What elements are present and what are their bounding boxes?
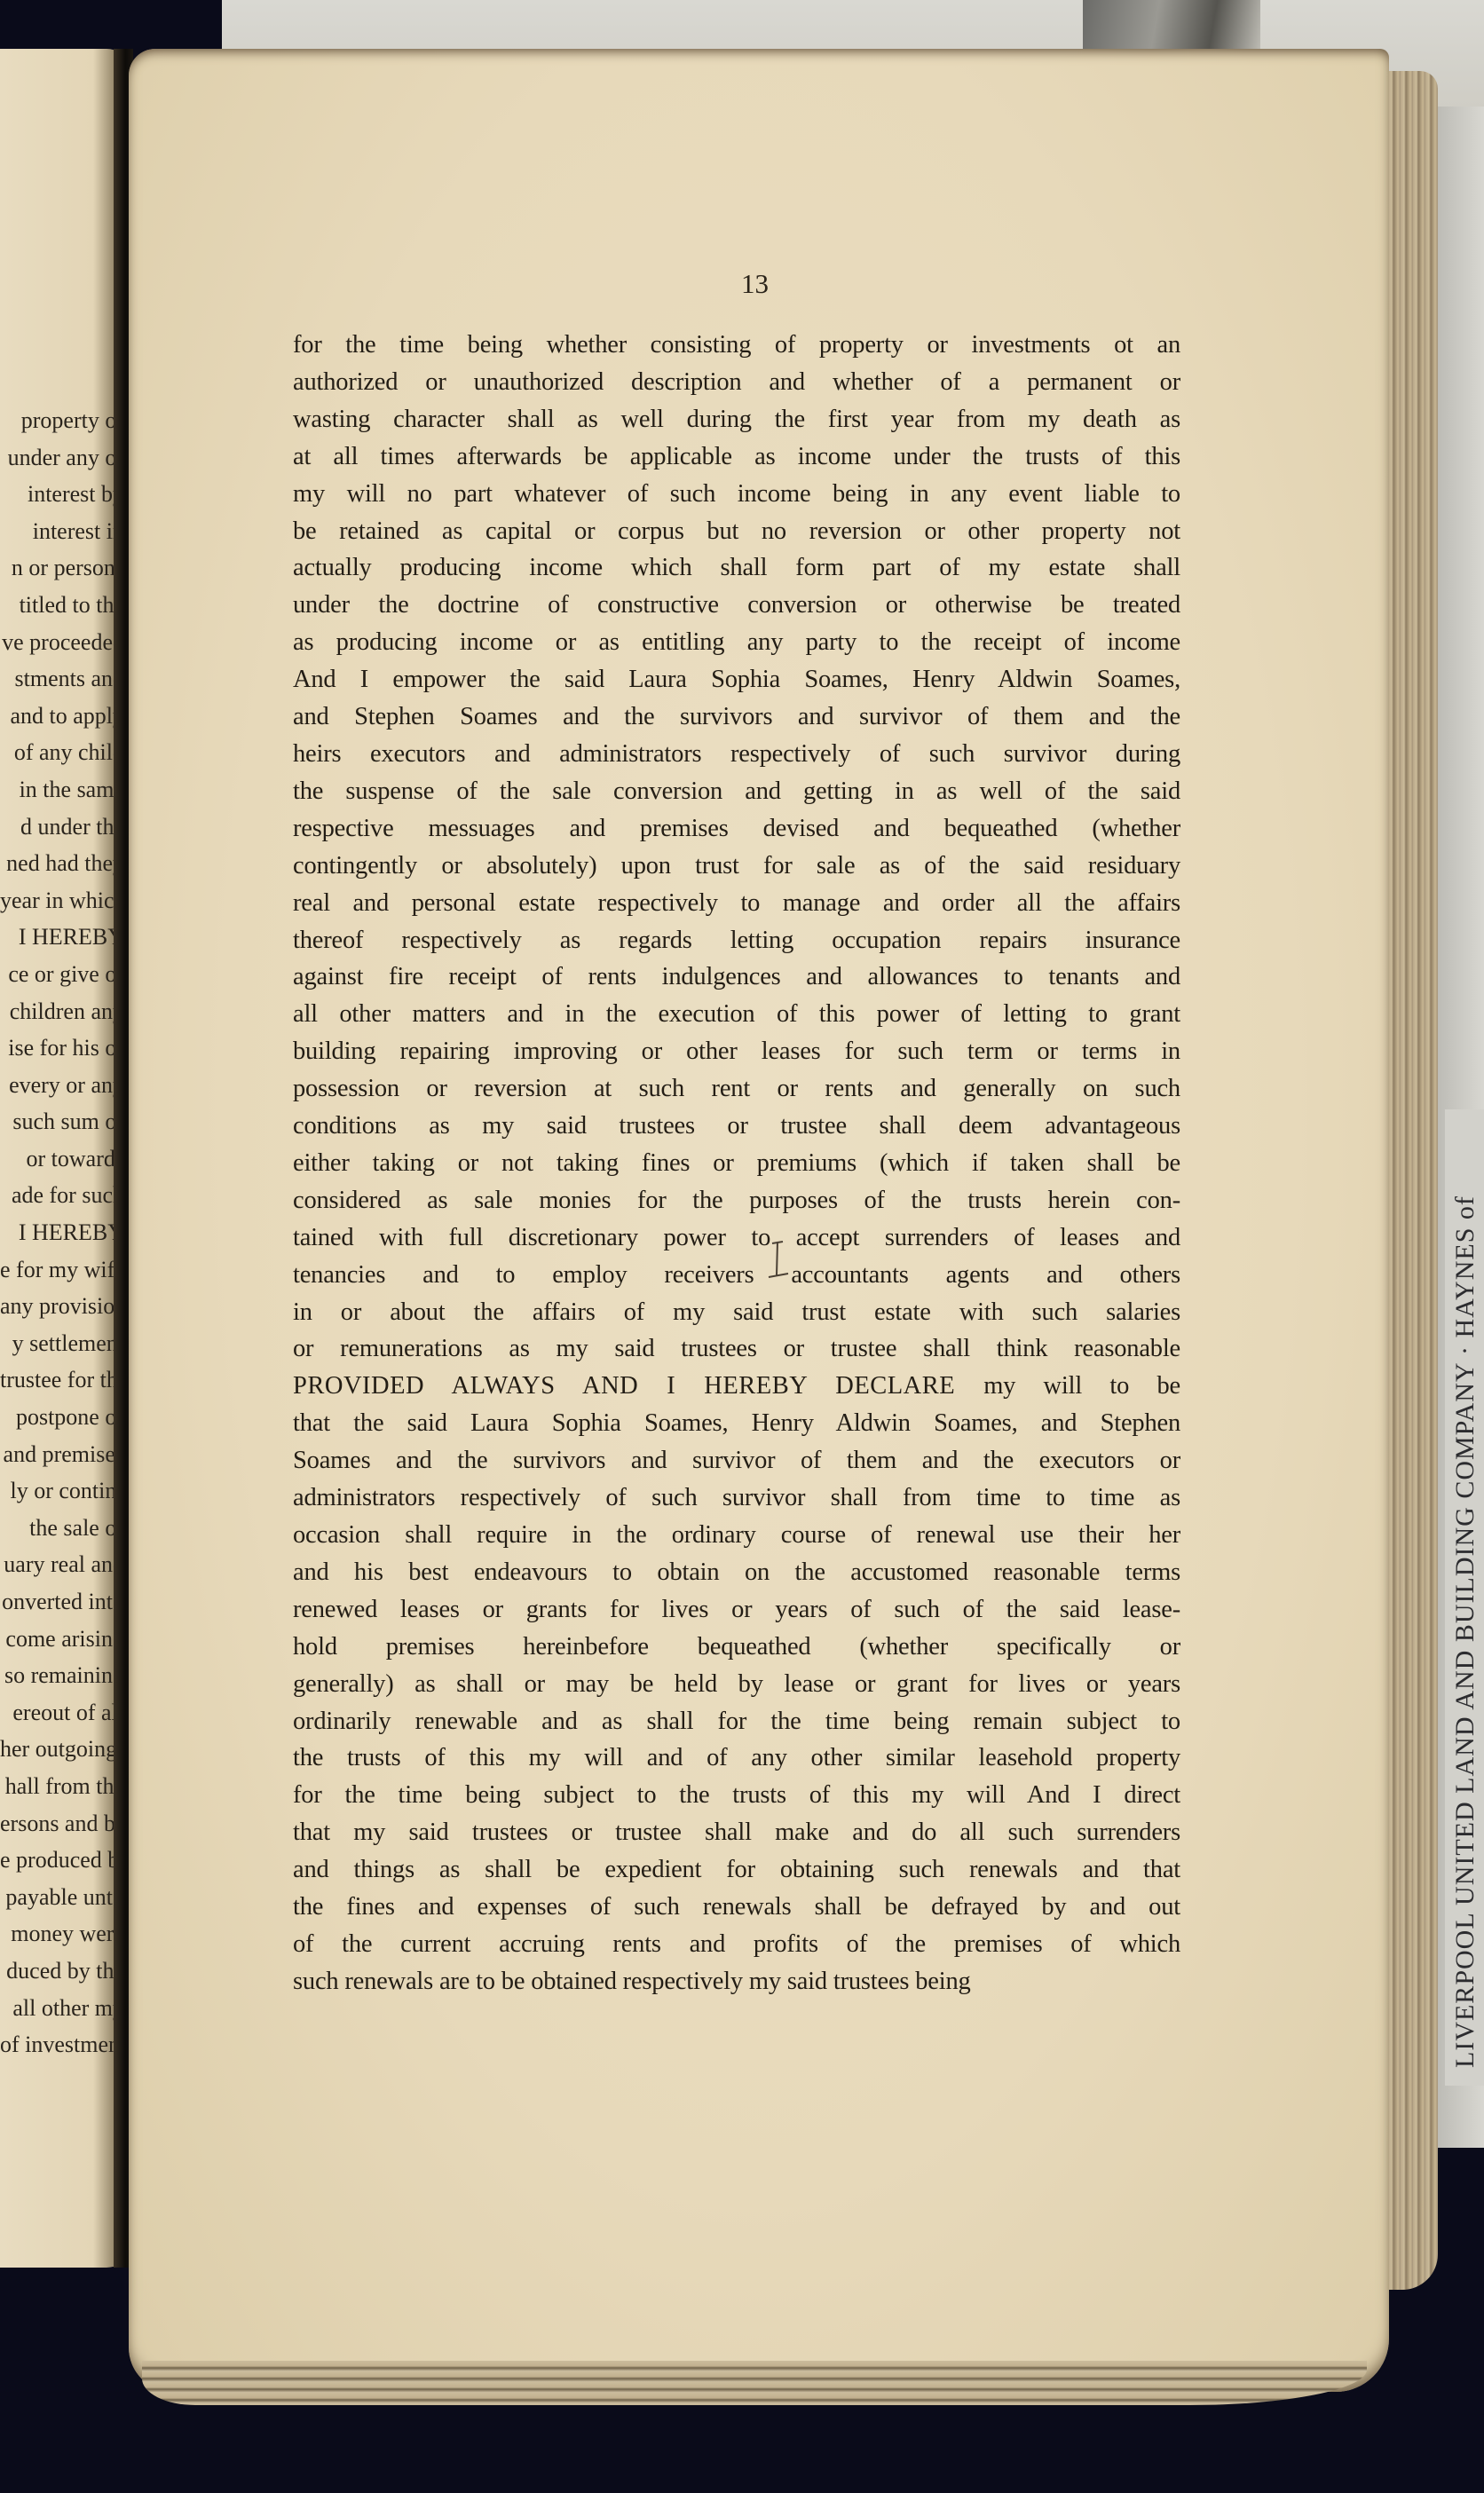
text-line: the trusts of this my will and of any ot… bbox=[293, 1740, 1180, 1777]
pencil-annotation-icon bbox=[765, 1240, 792, 1281]
left-text-fragment: under any of bbox=[0, 439, 124, 477]
text-line: be retained as capital or corpus but no … bbox=[293, 513, 1180, 550]
left-text-fragment: ade for such bbox=[0, 1177, 124, 1214]
text-line: possession or reversion at such rent or … bbox=[293, 1070, 1180, 1108]
left-text-fragment: children any bbox=[0, 993, 124, 1030]
left-text-fragment: of investment bbox=[0, 2026, 124, 2063]
left-text-fragment: I HEREBY bbox=[0, 1214, 124, 1251]
text-line: against fire receipt of rents indulgence… bbox=[293, 959, 1180, 996]
left-text-fragment: of any child bbox=[0, 734, 124, 771]
left-text-fragment: come arising bbox=[0, 1621, 124, 1658]
left-text-fragment: such sum or bbox=[0, 1103, 124, 1140]
text-line: and things as shall be expedient for obt… bbox=[293, 1851, 1180, 1889]
text-line: tenancies and to employ receivers accoun… bbox=[293, 1257, 1180, 1294]
text-line: renewed leases or grants for lives or ye… bbox=[293, 1591, 1180, 1629]
left-text-fragment: titled to the bbox=[0, 587, 124, 624]
text-line: generally) as shall or may be held by le… bbox=[293, 1666, 1180, 1703]
left-text-fragment: property or bbox=[0, 402, 124, 439]
left-text-fragment: onverted into bbox=[0, 1583, 124, 1621]
left-text-fragment: payable unto bbox=[0, 1879, 124, 1916]
left-text-fragment: y settlement bbox=[0, 1325, 124, 1362]
text-line: conditions as my said trustees or truste… bbox=[293, 1108, 1180, 1145]
text-line: hold premises hereinbefore bequeathed (w… bbox=[293, 1629, 1180, 1666]
left-text-fragment: the sale or bbox=[0, 1510, 124, 1547]
text-line: either taking or not taking fines or pre… bbox=[293, 1145, 1180, 1182]
text-line: real and personal estate respectively to… bbox=[293, 885, 1180, 922]
left-text-fragment: ly or contin- bbox=[0, 1472, 124, 1510]
text-line: Soames and the survivors and survivor of… bbox=[293, 1442, 1180, 1479]
text-line: as producing income or as entitling any … bbox=[293, 624, 1180, 661]
text-line: building repairing improving or other le… bbox=[293, 1033, 1180, 1070]
left-text-fragment: ned had they bbox=[0, 845, 124, 882]
text-line: for the time being whether consisting of… bbox=[293, 327, 1180, 364]
text-line: my will no part whatever of such income … bbox=[293, 476, 1180, 513]
left-page-text-fragments: property orunder any ofinterest byintere… bbox=[0, 402, 124, 2063]
text-line: authorized or unauthorized description a… bbox=[293, 364, 1180, 401]
text-line: that the said Laura Sophia Soames, Henry… bbox=[293, 1405, 1180, 1442]
left-text-fragment: or towards bbox=[0, 1140, 124, 1178]
left-text-fragment: ersons and be bbox=[0, 1805, 124, 1842]
left-text-fragment: stments and bbox=[0, 660, 124, 698]
text-line: wasting character shall as well during t… bbox=[293, 401, 1180, 438]
text-line: thereof respectively as regards letting … bbox=[293, 922, 1180, 959]
text-line: occasion shall require in the ordinary c… bbox=[293, 1517, 1180, 1554]
left-text-fragment: money were bbox=[0, 1915, 124, 1953]
text-line: considered as sale monies for the purpos… bbox=[293, 1182, 1180, 1219]
left-text-fragment: interest in bbox=[0, 513, 124, 550]
left-text-fragment: hall from the bbox=[0, 1768, 124, 1805]
left-text-fragment: uary real and bbox=[0, 1546, 124, 1583]
page-edges-bottom bbox=[142, 2361, 1367, 2405]
left-text-fragment: trustee for the bbox=[0, 1361, 124, 1399]
left-text-fragment: in the same bbox=[0, 771, 124, 809]
text-line: under the doctrine of constructive conve… bbox=[293, 587, 1180, 624]
text-line: ordinarily renewable and as shall for th… bbox=[293, 1703, 1180, 1740]
text-line: contingently or absolutely) upon trust f… bbox=[293, 848, 1180, 885]
text-line: and Stephen Soames and the survivors and… bbox=[293, 698, 1180, 736]
text-line: of the current accruing rents and profit… bbox=[293, 1926, 1180, 1963]
text-line: for the time being subject to the trusts… bbox=[293, 1777, 1180, 1814]
left-text-fragment: I HEREBY bbox=[0, 919, 124, 956]
text-line: in or about the affairs of my said trust… bbox=[293, 1294, 1180, 1331]
left-text-fragment: postpone or bbox=[0, 1399, 124, 1436]
left-text-fragment: ce or give or bbox=[0, 956, 124, 993]
left-text-fragment: ereout of all bbox=[0, 1694, 124, 1732]
left-text-fragment: so remaining bbox=[0, 1657, 124, 1694]
main-body-text: for the time being whether consisting of… bbox=[293, 327, 1180, 2000]
text-line: heirs executors and administrators respe… bbox=[293, 736, 1180, 773]
left-text-fragment: and premises bbox=[0, 1436, 124, 1473]
left-text-fragment: her outgoings bbox=[0, 1731, 124, 1768]
left-text-fragment: e produced by bbox=[0, 1842, 124, 1879]
text-line: administrators respectively of such surv… bbox=[293, 1479, 1180, 1517]
text-line: tained with full discretionary power to … bbox=[293, 1219, 1180, 1257]
left-text-fragment: duced by the bbox=[0, 1953, 124, 1990]
text-line: such renewals are to be obtained respect… bbox=[293, 1963, 1180, 2000]
text-line: the suspense of the sale conversion and … bbox=[293, 773, 1180, 810]
left-text-fragment: ve proceeded bbox=[0, 624, 124, 661]
text-line: respective messuages and premises devise… bbox=[293, 810, 1180, 848]
left-text-fragment: all other my bbox=[0, 1990, 124, 2027]
proviso-heading: PROVIDED ALWAYS AND I HEREBY DECLARE bbox=[293, 1372, 983, 1400]
text-line: and his best endeavours to obtain on the… bbox=[293, 1554, 1180, 1591]
text-line: the fines and expenses of such renewals … bbox=[293, 1889, 1180, 1926]
text-line: PROVIDED ALWAYS AND I HEREBY DECLARE my … bbox=[293, 1368, 1180, 1405]
left-text-fragment: and to apply bbox=[0, 698, 124, 735]
left-text-fragment: n or persons bbox=[0, 549, 124, 587]
text-line: actually producing income which shall fo… bbox=[293, 549, 1180, 587]
left-text-fragment: every or any bbox=[0, 1067, 124, 1104]
left-text-fragment: interest by bbox=[0, 476, 124, 513]
page-number: 13 bbox=[741, 268, 769, 300]
text-line: And I empower the said Laura Sophia Soam… bbox=[293, 661, 1180, 698]
left-text-fragment: any provision bbox=[0, 1288, 124, 1325]
text-line: that my said trustees or trustee shall m… bbox=[293, 1814, 1180, 1851]
left-text-fragment: e for my wife bbox=[0, 1251, 124, 1289]
left-text-fragment: d under the bbox=[0, 809, 124, 846]
text-line: all other matters and in the execution o… bbox=[293, 996, 1180, 1033]
side-label-text: LIVERPOOL UNITED LAND AND BUILDING COMPA… bbox=[1450, 1195, 1480, 2068]
text-line: at all times afterwards be applicable as… bbox=[293, 438, 1180, 476]
left-text-fragment: ise for his or bbox=[0, 1030, 124, 1067]
left-text-fragment: year in which bbox=[0, 882, 124, 919]
text-line: or remunerations as my said trustees or … bbox=[293, 1330, 1180, 1368]
